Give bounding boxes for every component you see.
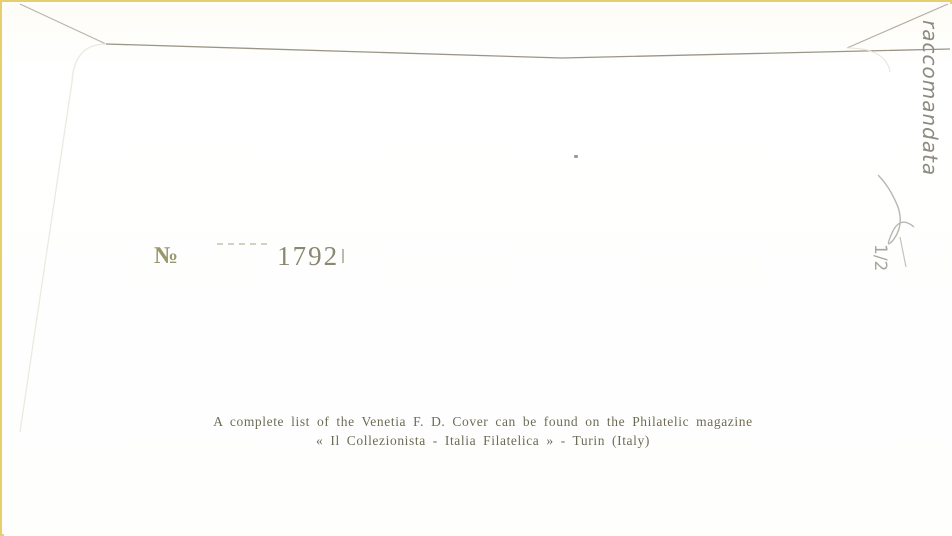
envelope-back: [4, 4, 952, 536]
serial-number-value: 1792: [277, 241, 339, 272]
paper-speck: [574, 155, 578, 158]
handwritten-vertical-text: raccomandata: [918, 20, 942, 176]
numero-sign: №: [154, 243, 177, 270]
handwritten-fraction: 1/2: [870, 244, 890, 271]
footer-line-2: « Il Collezionista - Italia Filatelica »…: [2, 431, 952, 450]
stamp-artifact: [342, 249, 344, 263]
footer-line-1: A complete list of the Venetia F. D. Cov…: [2, 412, 952, 431]
cover-serial-number: № 1792: [154, 238, 344, 274]
stamp-dash-marks: [217, 243, 267, 247]
scan-frame: № 1792 A complete list of the Venetia F.…: [0, 0, 952, 536]
footer-note: A complete list of the Venetia F. D. Cov…: [2, 412, 952, 450]
